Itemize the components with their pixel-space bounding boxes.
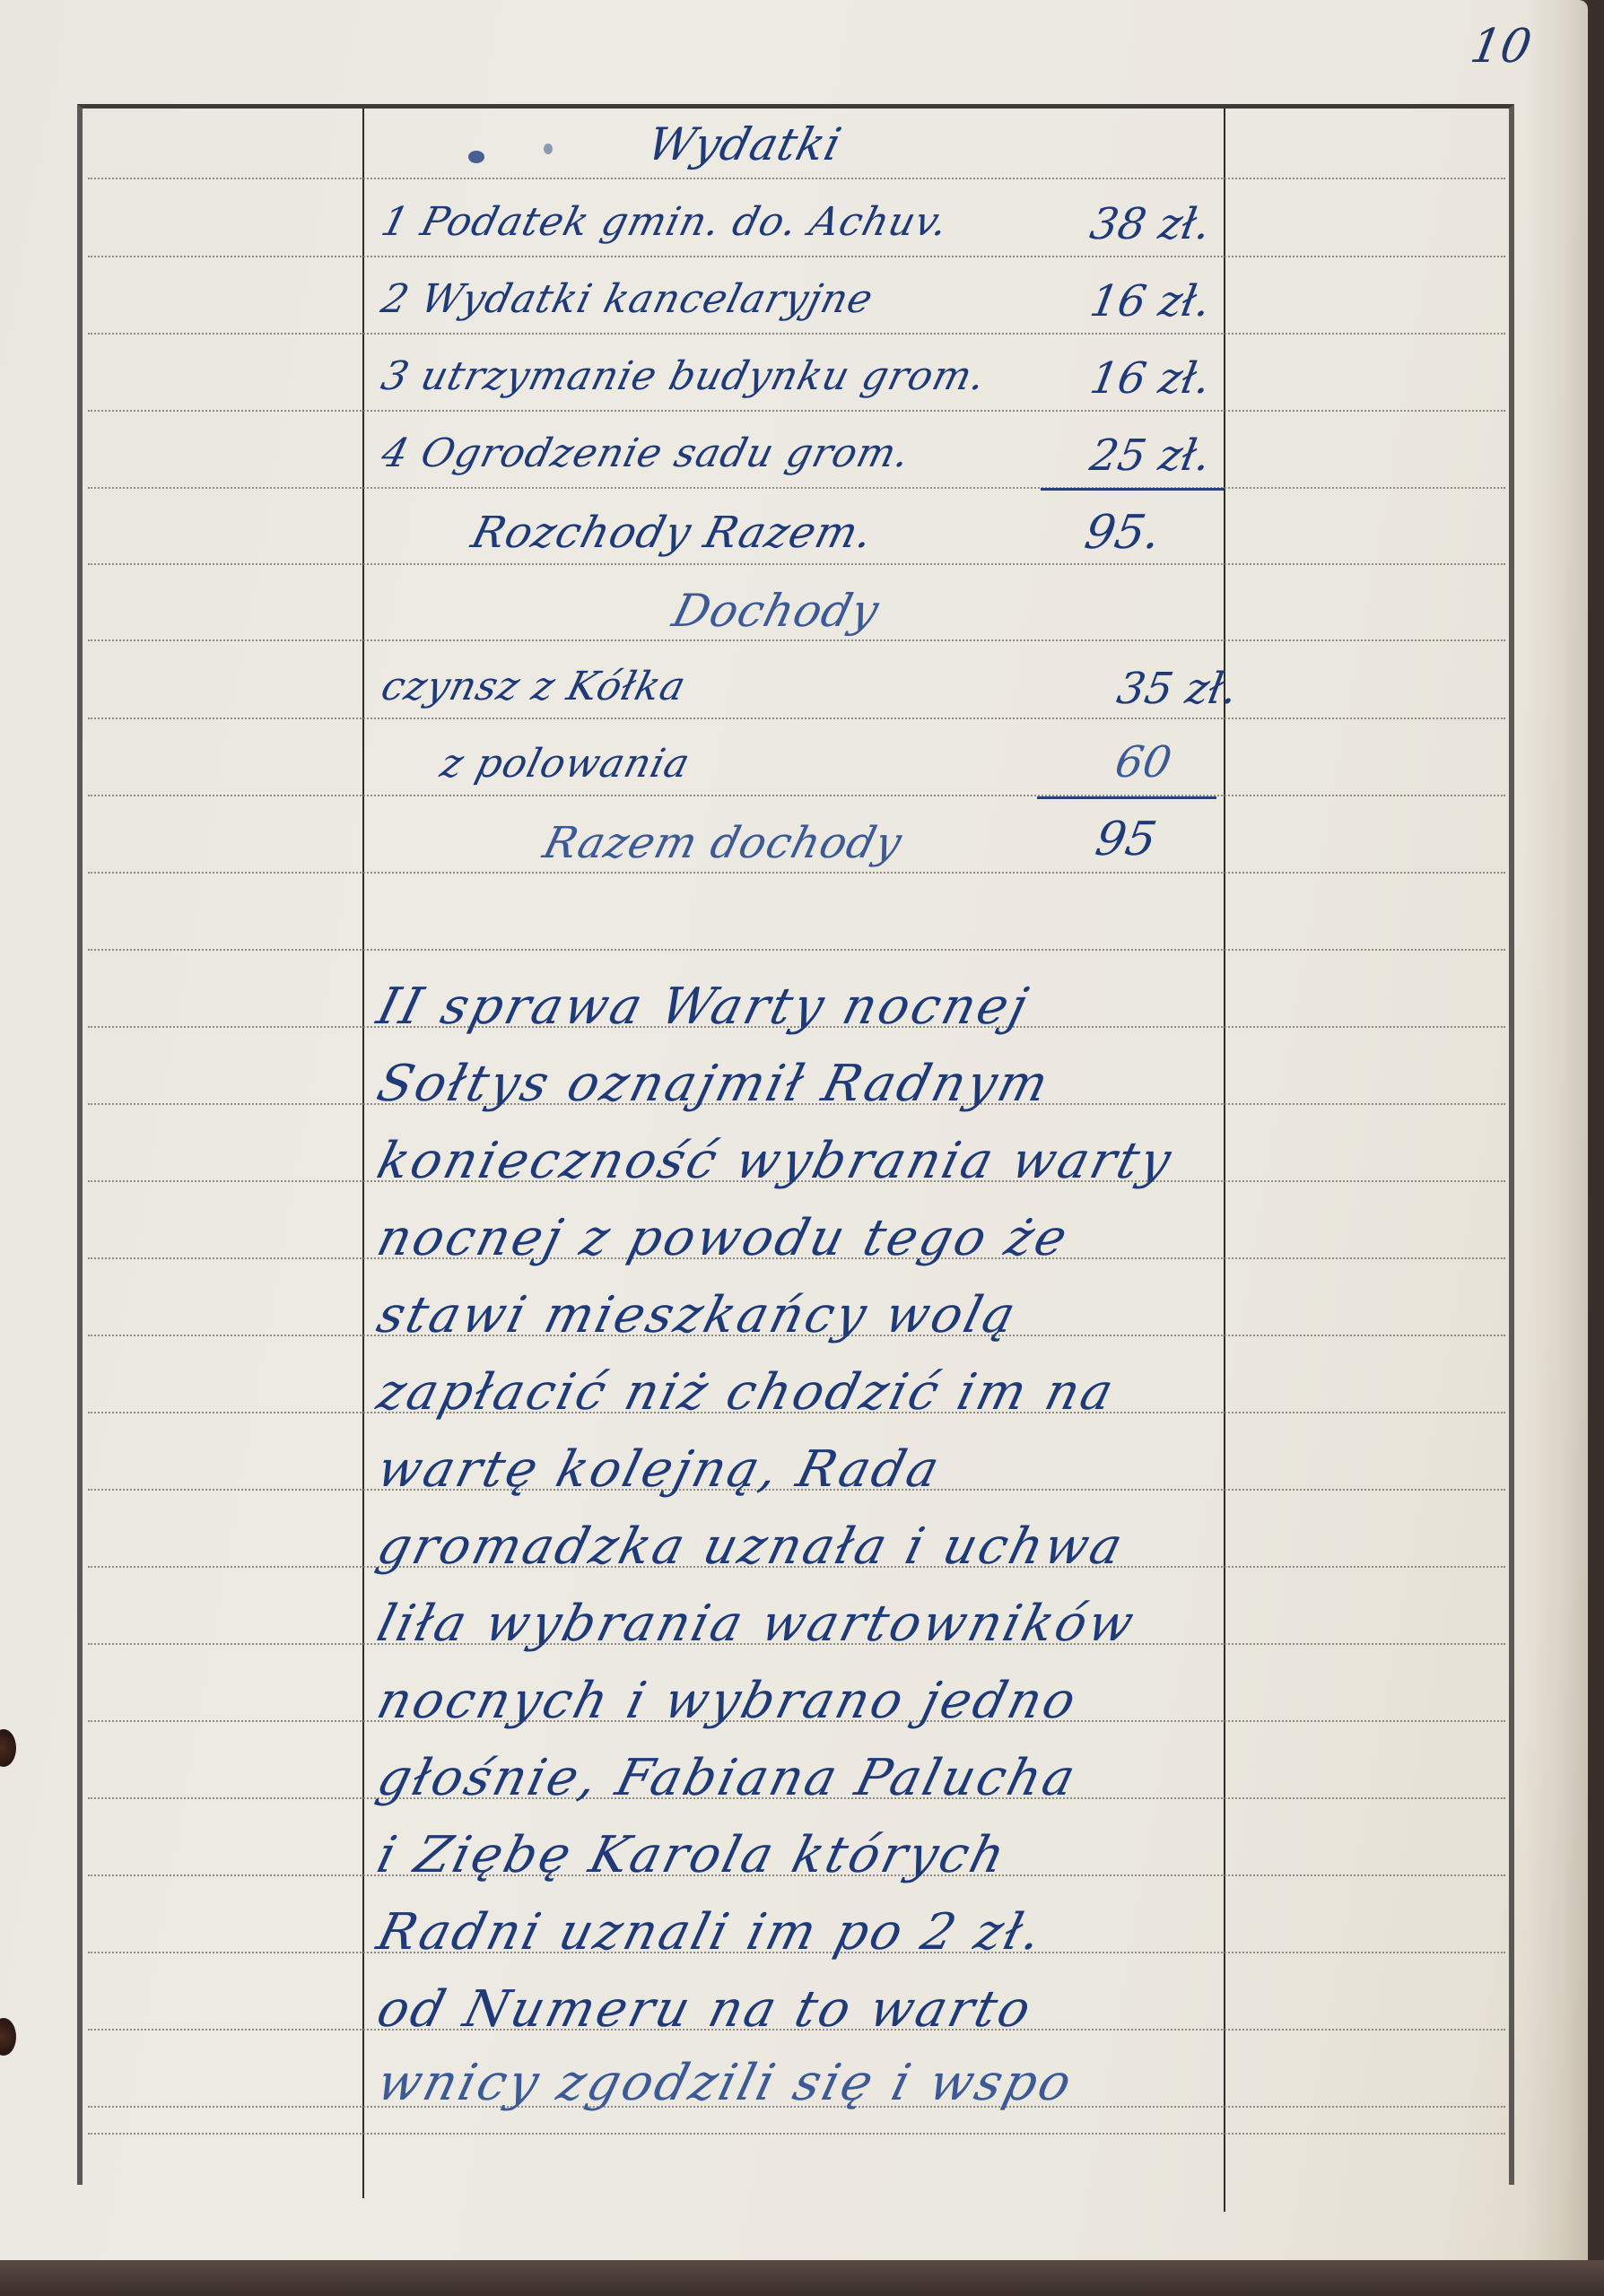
expenses-total-amount: 95. bbox=[1081, 506, 1164, 560]
binding-hole bbox=[0, 2018, 16, 2056]
body-line: II sprawa Warty nocnej bbox=[371, 978, 1036, 1036]
body-line: konieczność wybrania warty bbox=[371, 1132, 1180, 1190]
expense-item-label: 1 Podatek gmin. do. Achuv. bbox=[377, 199, 954, 245]
sum-underline bbox=[1041, 488, 1224, 491]
body-line: wnicy zgodzili się i wspo bbox=[371, 2054, 1079, 2112]
notebook-page: 10 Wydatki 1 Podatek gmin. do. Achuv. 38… bbox=[0, 0, 1588, 2278]
ruled-line bbox=[88, 717, 1505, 719]
income-item-amount: 35 zł. bbox=[1113, 664, 1241, 714]
ruled-line bbox=[88, 639, 1505, 641]
ruled-line bbox=[88, 487, 1505, 489]
body-line: nocnej z powodu tego że bbox=[371, 1209, 1076, 1267]
page-fold-shadow bbox=[1525, 0, 1588, 2278]
ruled-line bbox=[88, 563, 1505, 565]
binding-hole bbox=[0, 1729, 16, 1767]
ruled-line bbox=[88, 949, 1505, 951]
ink-blot bbox=[544, 143, 553, 154]
book-cover-edge bbox=[0, 2260, 1604, 2296]
page-number: 10 bbox=[1467, 20, 1536, 74]
expenses-total-label: Rozchody Razem. bbox=[466, 508, 878, 558]
ruled-line bbox=[88, 872, 1505, 874]
expense-item-label: 3 utrzymanie budynku grom. bbox=[377, 353, 990, 399]
expense-item-amount: 38 zł. bbox=[1086, 199, 1214, 249]
sum-underline bbox=[1037, 796, 1216, 799]
body-line: od Numeru na to warto bbox=[371, 1980, 1039, 2039]
expense-item-amount: 16 zł. bbox=[1086, 276, 1214, 326]
body-line: zapłacić niż chodzić im na bbox=[371, 1363, 1121, 1422]
ruled-line bbox=[88, 256, 1505, 257]
left-margin-rule bbox=[362, 109, 364, 2198]
body-line: nocnych i wybrano jedno bbox=[371, 1672, 1084, 1730]
body-line: stawi mieszkańcy wolą bbox=[371, 1286, 1024, 1344]
income-heading: Dochody bbox=[667, 585, 885, 637]
body-line: liła wybrania wartowników bbox=[371, 1595, 1142, 1653]
ruled-line bbox=[88, 2133, 1505, 2135]
expense-item-label: 2 Wydatki kancelaryjne bbox=[377, 276, 878, 322]
income-item-amount: 60 bbox=[1111, 737, 1175, 787]
expense-item-amount: 16 zł. bbox=[1086, 353, 1214, 404]
ruled-line bbox=[88, 410, 1505, 412]
right-margin-rule bbox=[1224, 109, 1225, 2212]
income-total-amount: 95 bbox=[1092, 813, 1161, 866]
body-line: Sołtys oznajmił Radnym bbox=[371, 1055, 1057, 1113]
expense-item-label: 4 Ogrodzenie sadu grom. bbox=[377, 430, 915, 476]
body-line: i Ziębę Karola których bbox=[371, 1826, 1013, 1884]
ink-blot bbox=[468, 151, 484, 163]
income-total-label: Razem dochody bbox=[538, 818, 907, 868]
body-line: wartę kolejną, Rada bbox=[371, 1440, 947, 1499]
body-line: gromadzka uznała i uchwa bbox=[371, 1518, 1130, 1576]
expense-item-amount: 25 zł. bbox=[1086, 430, 1214, 481]
body-line: głośnie, Fabiana Palucha bbox=[371, 1749, 1084, 1807]
ruled-line bbox=[88, 333, 1505, 335]
ruled-line bbox=[88, 178, 1505, 179]
income-item-label: z polowania bbox=[436, 741, 695, 787]
expenses-heading: Wydatki bbox=[642, 118, 847, 170]
ruled-line bbox=[88, 795, 1505, 796]
income-item-label: czynsz z Kółka bbox=[377, 664, 691, 709]
body-line: Radni uznali im po 2 zł. bbox=[371, 1903, 1050, 1961]
